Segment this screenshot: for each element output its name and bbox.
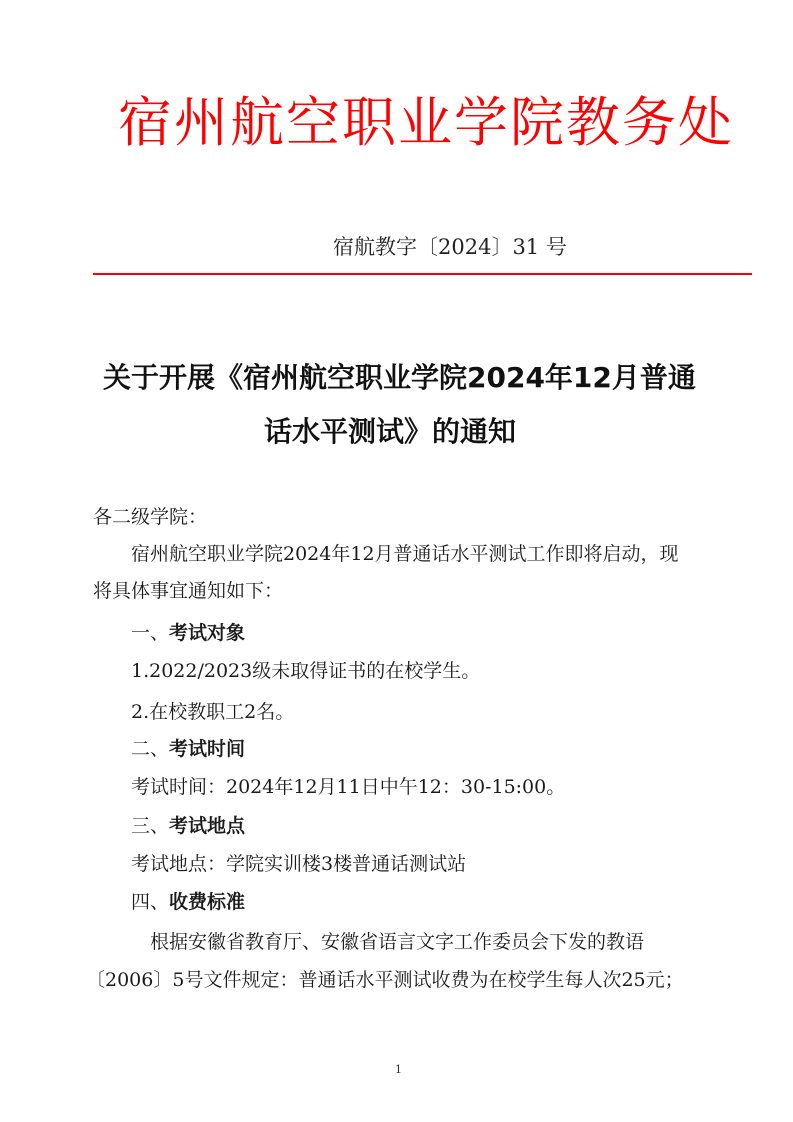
section-heading-exam-candidates: 一、考试对象	[131, 624, 245, 643]
section-title: 收费标准	[169, 891, 245, 913]
document-number: 宿航教字〔2024〕31 号	[333, 237, 567, 258]
page-number: 1	[395, 1063, 402, 1076]
section-number: 三、	[131, 815, 169, 837]
section-number: 二、	[131, 738, 169, 760]
salutation: 各二级学院：	[93, 508, 207, 527]
fee-paragraph-line-1: 根据安徽省教育厅、安徽省语言文字工作委员会下发的教语	[150, 933, 644, 952]
section-title: 考试对象	[169, 622, 245, 644]
candidates-item-2: 2.在校教职工2名。	[131, 703, 294, 722]
section-heading-exam-location: 三、考试地点	[131, 817, 245, 836]
notice-title-line-2: 话水平测试》的通知	[264, 418, 516, 446]
intro-paragraph-line-1: 宿州航空职业学院2024年12月普通话水平测试工作即将启动，现	[131, 545, 679, 564]
candidates-item-1: 1.2022/2023级未取得证书的在校学生。	[131, 662, 480, 681]
intro-paragraph-line-2: 将具体事宜通知如下：	[93, 582, 283, 601]
issuing-office-title: 宿州航空职业学院教务处	[118, 96, 734, 150]
section-heading-exam-time: 二、考试时间	[131, 740, 245, 759]
section-title: 考试时间	[169, 738, 245, 760]
fee-paragraph-line-2: 〔2006〕5号文件规定：普通话水平测试收费为在校学生每人次25元；	[86, 971, 684, 990]
notice-title-line-1: 关于开展《宿州航空职业学院2024年12月普通	[103, 364, 696, 392]
section-heading-fee-standard: 四、收费标准	[131, 893, 245, 912]
section-number: 一、	[131, 622, 169, 644]
section-number: 四、	[131, 891, 169, 913]
red-divider-line	[93, 273, 752, 275]
section-title: 考试地点	[169, 815, 245, 837]
exam-location-detail: 考试地点：学院实训楼3楼普通话测试站	[131, 855, 466, 874]
exam-time-detail: 考试时间：2024年12月11日中午12：30-15:00。	[131, 778, 565, 797]
